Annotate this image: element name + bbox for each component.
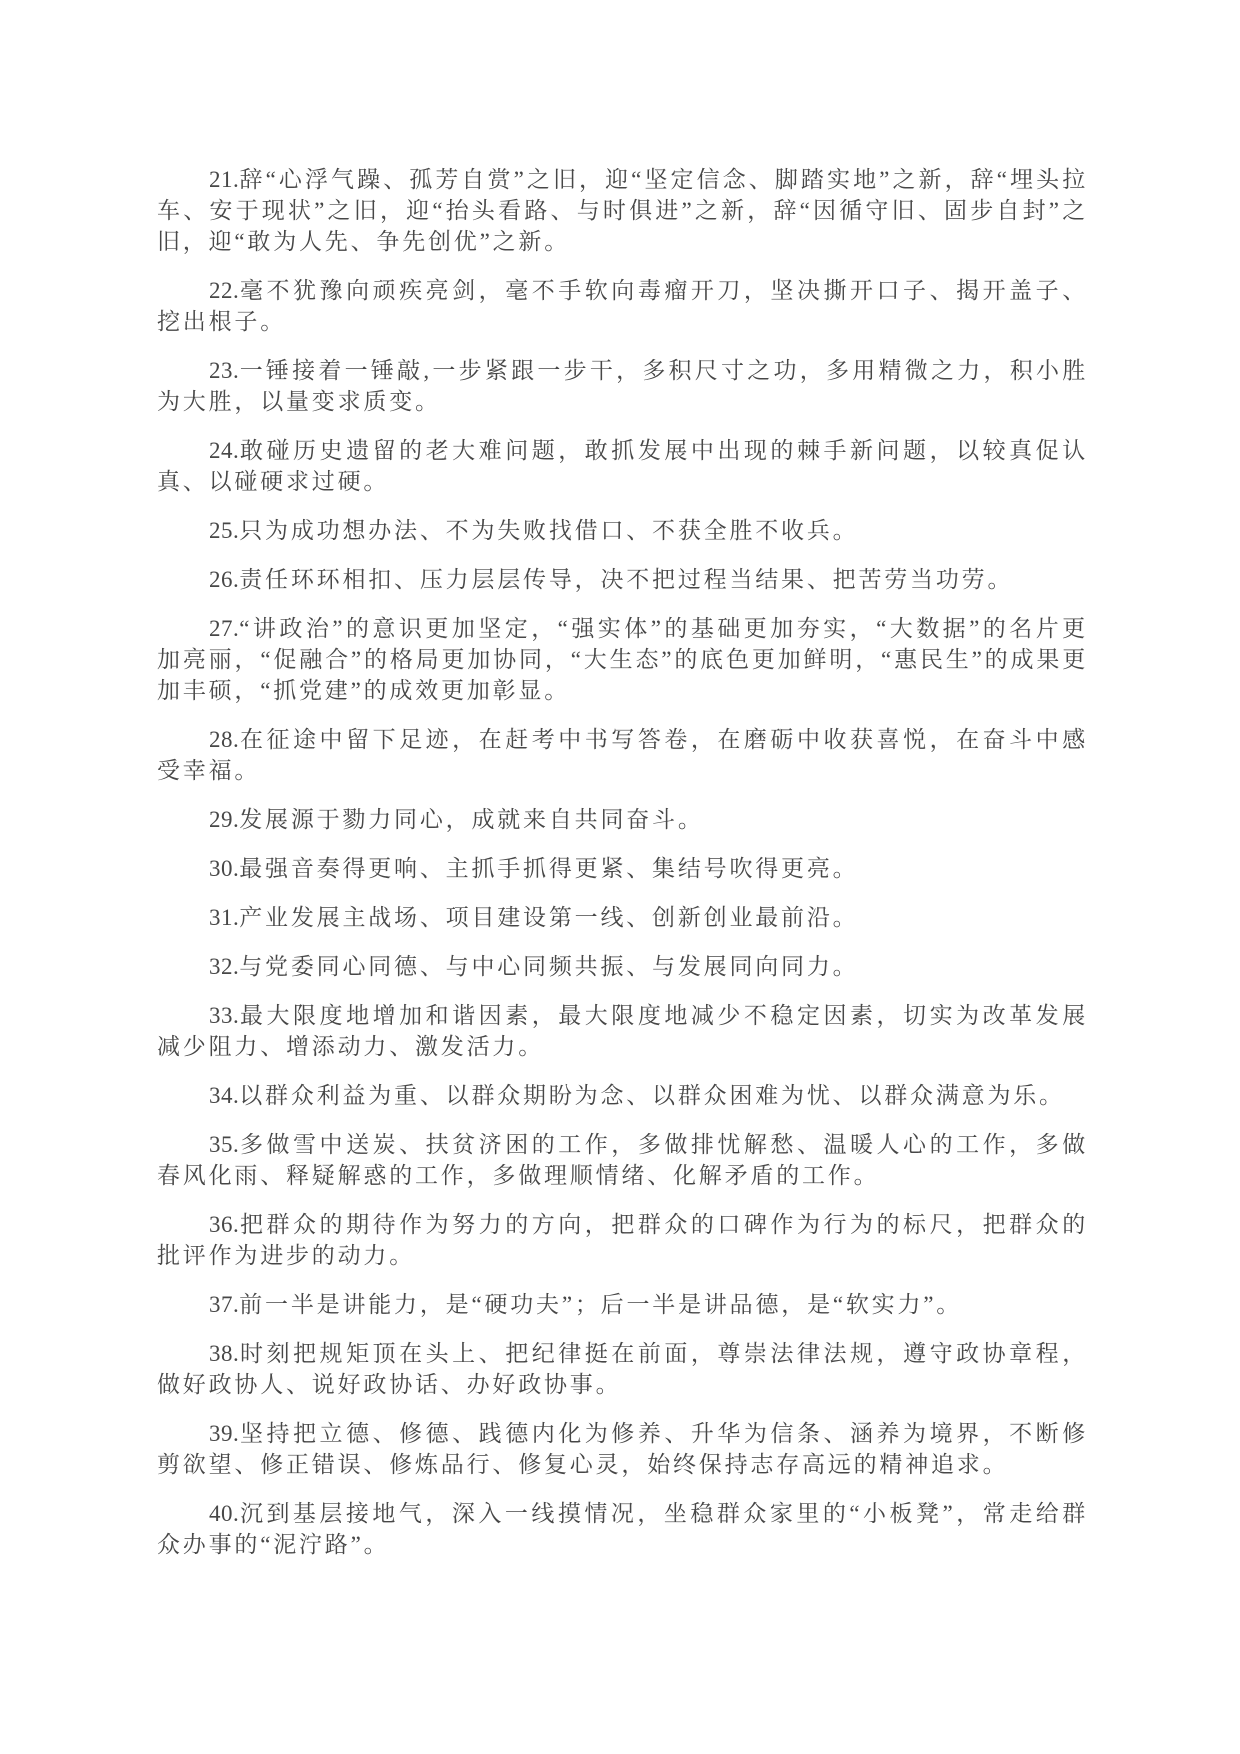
list-item-27: 27.“讲政治”的意识更加坚定，“强实体”的基础更加夯实，“大数据”的名片更加亮… [157,613,1088,706]
item-text: 一锤接着一锤敲,一步紧跟一步干，多积尺寸之功，多用精微之力，积小胜为大胜，以量变… [157,358,1088,414]
list-item-22: 22.毫不犹豫向顽疾亮剑，毫不手软向毒瘤开刀，坚决撕开口子、揭开盖子、挖出根子。 [157,275,1088,337]
item-number: 32. [209,954,239,979]
item-text: 辞“心浮气躁、孤芳自赏”之旧，迎“坚定信念、脚踏实地”之新，辞“埋头拉车、安于现… [157,167,1088,254]
item-number: 29. [209,807,239,832]
list-item-36: 36.把群众的期待作为努力的方向，把群众的口碑作为行为的标尺，把群众的批评作为进… [157,1209,1088,1271]
item-text: 在征途中留下足迹，在赶考中书写答卷，在磨砺中收获喜悦，在奋斗中感受幸福。 [157,727,1088,783]
list-item-37: 37.前一半是讲能力，是“硬功夫”；后一半是讲品德，是“软实力”。 [157,1289,1088,1320]
item-text: 以群众利益为重、以群众期盼为念、以群众困难为忧、以群众满意为乐。 [239,1083,1065,1108]
item-text: 只为成功想办法、不为失败找借口、不获全胜不收兵。 [239,518,858,543]
list-item-21: 21.辞“心浮气躁、孤芳自赏”之旧，迎“坚定信念、脚踏实地”之新，辞“埋头拉车、… [157,164,1088,257]
item-number: 35. [209,1132,239,1157]
list-item-32: 32.与党委同心同德、与中心同频共振、与发展同向同力。 [157,951,1088,982]
item-number: 23. [209,358,239,383]
list-item-39: 39.坚持把立德、修德、践德内化为修养、升华为信条、涵养为境界，不断修剪欲望、修… [157,1418,1088,1480]
item-number: 36. [209,1212,239,1237]
item-number: 26. [209,567,239,592]
item-number: 39. [209,1421,239,1446]
item-number: 28. [209,727,239,752]
item-text: 把群众的期待作为努力的方向，把群众的口碑作为行为的标尺，把群众的批评作为进步的动… [157,1212,1088,1268]
item-text: 敢碰历史遗留的老大难问题，敢抓发展中出现的棘手新问题，以较真促认真、以碰硬求过硬… [157,438,1088,494]
list-item-40: 40.沉到基层接地气，深入一线摸情况，坐稳群众家里的“小板凳”，常走给群众办事的… [157,1498,1088,1560]
list-item-24: 24.敢碰历史遗留的老大难问题，敢抓发展中出现的棘手新问题，以较真促认真、以碰硬… [157,435,1088,497]
list-item-35: 35.多做雪中送炭、扶贫济困的工作，多做排忧解愁、温暖人心的工作，多做春风化雨、… [157,1129,1088,1191]
list-item-38: 38.时刻把规矩顶在头上、把纪律挺在前面，尊崇法律法规，遵守政协章程，做好政协人… [157,1338,1088,1400]
item-text: 前一半是讲能力，是“硬功夫”；后一半是讲品德，是“软实力”。 [239,1292,962,1317]
item-text: 坚持把立德、修德、践德内化为修养、升华为信条、涵养为境界，不断修剪欲望、修正错误… [157,1421,1088,1477]
document-page: 21.辞“心浮气躁、孤芳自赏”之旧，迎“坚定信念、脚踏实地”之新，辞“埋头拉车、… [0,0,1240,1754]
list-item-30: 30.最强音奏得更响、主抓手抓得更紧、集结号吹得更亮。 [157,853,1088,884]
item-number: 40. [209,1501,239,1526]
item-text: 发展源于勠力同心，成就来自共同奋斗。 [239,807,703,832]
item-number: 30. [209,856,239,881]
item-text: 毫不犹豫向顽疾亮剑，毫不手软向毒瘤开刀，坚决撕开口子、揭开盖子、挖出根子。 [157,278,1088,334]
item-number: 31. [209,905,239,930]
item-text: 与党委同心同德、与中心同频共振、与发展同向同力。 [239,954,858,979]
item-text: 产业发展主战场、项目建设第一线、创新创业最前沿。 [239,905,858,930]
item-number: 22. [209,278,239,303]
list-item-26: 26.责任环环相扣、压力层层传导，决不把过程当结果、把苦劳当功劳。 [157,564,1088,595]
item-text: 多做雪中送炭、扶贫济困的工作，多做排忧解愁、温暖人心的工作，多做春风化雨、释疑解… [157,1132,1088,1188]
item-number: 38. [209,1341,239,1366]
item-number: 33. [209,1003,239,1028]
list-item-33: 33.最大限度地增加和谐因素，最大限度地减少不稳定因素，切实为改革发展减少阻力、… [157,1000,1088,1062]
item-number: 37. [209,1292,239,1317]
list-item-29: 29.发展源于勠力同心，成就来自共同奋斗。 [157,804,1088,835]
list-item-25: 25.只为成功想办法、不为失败找借口、不获全胜不收兵。 [157,515,1088,546]
list-item-34: 34.以群众利益为重、以群众期盼为念、以群众困难为忧、以群众满意为乐。 [157,1080,1088,1111]
item-number: 24. [209,438,239,463]
list-item-23: 23.一锤接着一锤敲,一步紧跟一步干，多积尺寸之功，多用精微之力，积小胜为大胜，… [157,355,1088,417]
item-number: 27. [209,616,239,641]
list-item-28: 28.在征途中留下足迹，在赶考中书写答卷，在磨砺中收获喜悦，在奋斗中感受幸福。 [157,724,1088,786]
item-text: 责任环环相扣、压力层层传导，决不把过程当结果、把苦劳当功劳。 [239,567,1013,592]
item-text: 沉到基层接地气，深入一线摸情况，坐稳群众家里的“小板凳”，常走给群众办事的“泥泞… [157,1501,1088,1557]
numbered-excerpt-list: 21.辞“心浮气躁、孤芳自赏”之旧，迎“坚定信念、脚踏实地”之新，辞“埋头拉车、… [157,164,1088,1560]
item-text: 时刻把规矩顶在头上、把纪律挺在前面，尊崇法律法规，遵守政协章程，做好政协人、说好… [157,1341,1088,1397]
item-number: 21. [209,167,239,192]
item-number: 25. [209,518,239,543]
item-number: 34. [209,1083,239,1108]
item-text: 最强音奏得更响、主抓手抓得更紧、集结号吹得更亮。 [239,856,858,881]
list-item-31: 31.产业发展主战场、项目建设第一线、创新创业最前沿。 [157,902,1088,933]
item-text: “讲政治”的意识更加坚定，“强实体”的基础更加夯实，“大数据”的名片更加亮丽，“… [157,616,1088,703]
item-text: 最大限度地增加和谐因素，最大限度地减少不稳定因素，切实为改革发展减少阻力、增添动… [157,1003,1088,1059]
